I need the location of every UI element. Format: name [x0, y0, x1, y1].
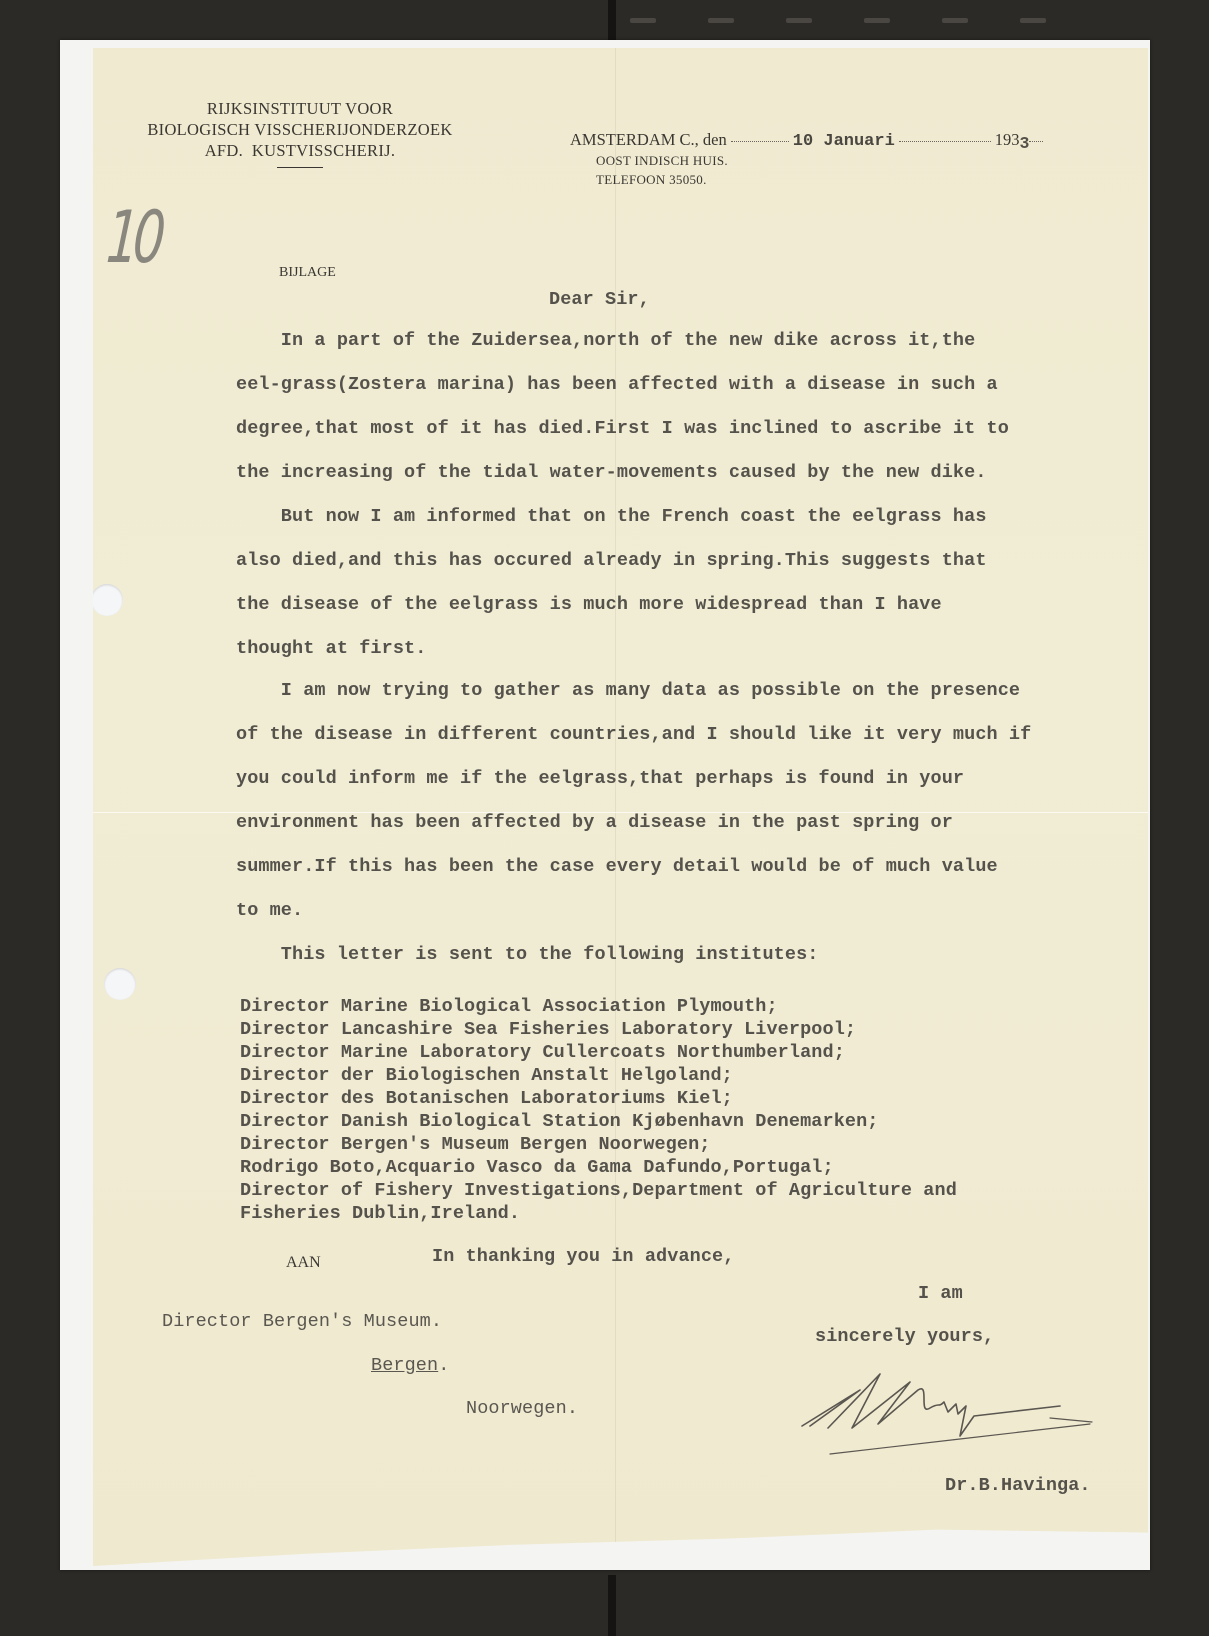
vertical-fold [615, 48, 616, 1566]
addressee-city: Bergen. [371, 1355, 449, 1376]
folder-crease-top [608, 0, 616, 44]
institute-item: Director Marine Biological Association P… [240, 996, 778, 1019]
institute-item: Fisheries Dublin,Ireland. [240, 1203, 520, 1226]
institute-item: Director Lancashire Sea Fisheries Labora… [240, 1019, 856, 1042]
signatory-name: Dr.B.Havinga. [945, 1475, 1091, 1496]
body-line: In a part of the Zuidersea,north of the … [236, 330, 975, 351]
body-line: summer.If this has been the case every d… [236, 856, 998, 877]
stitch [708, 18, 734, 23]
bijlage-label: BIJLAGE [279, 265, 336, 281]
punch-hole-top [91, 584, 123, 616]
closing-sincerely: sincerely yours, [815, 1326, 994, 1347]
institute-line: AFD. KUSTVISSCHERIJ. [120, 140, 480, 161]
closing-thanks: In thanking you in advance, [432, 1246, 734, 1267]
handwritten-signature [800, 1368, 1130, 1458]
letter-date: 10 Januari [793, 132, 895, 151]
stitch [864, 18, 890, 23]
salutation: Dear Sir, [549, 289, 650, 310]
year-prefix: 193 [995, 130, 1020, 149]
addressee-name: Director Bergen's Museum. [162, 1311, 442, 1332]
closing-i-am: I am [918, 1283, 963, 1304]
institute-item: Director Danish Biological Station Kjøbe… [240, 1111, 879, 1134]
date-line: AMSTERDAM C., den 10 Januari 1933 [570, 130, 1043, 151]
addressee-city-name: Bergen [371, 1355, 438, 1376]
dotted-leader [899, 140, 991, 142]
folder-crease-bottom [608, 1575, 616, 1636]
addressee-country: Noorwegen. [466, 1398, 578, 1419]
institute-item: Director of Fishery Investigations,Depar… [240, 1180, 957, 1203]
letterhead-institute: RIJKSINSTITUUT VOOR BIOLOGISCH VISSCHERI… [120, 98, 480, 168]
city-label: AMSTERDAM C., den [570, 130, 727, 150]
handwritten-page-number: 10 [104, 195, 163, 279]
body-line: environment has been affected by a disea… [236, 812, 953, 833]
body-line: to me. [236, 900, 303, 921]
letterhead-rule [277, 167, 323, 168]
address-line: OOST INDISCH HUIS. [596, 151, 1043, 170]
addressee-city-suffix: . [438, 1355, 449, 1376]
body-line: thought at first. [236, 638, 426, 659]
institute-line: RIJKSINSTITUUT VOOR [120, 98, 480, 119]
phone-line: TELEFOON 35050. [596, 170, 1043, 189]
body-line: This letter is sent to the following ins… [236, 944, 819, 965]
stitch [1020, 18, 1046, 23]
stitch [630, 18, 656, 23]
body-line: the increasing of the tidal water-moveme… [236, 462, 987, 483]
body-line: eel-grass(Zostera marina) has been affec… [236, 374, 998, 395]
institute-item: Director Marine Laboratory Cullercoats N… [240, 1042, 845, 1065]
institute-item: Director Bergen's Museum Bergen Noorwege… [240, 1134, 710, 1157]
punch-hole-bottom [104, 968, 136, 1000]
institute-item: Director der Biologischen Anstalt Helgol… [240, 1065, 733, 1088]
institute-item: Rodrigo Boto,Acquario Vasco da Gama Dafu… [240, 1157, 834, 1180]
letterhead-address: AMSTERDAM C., den 10 Januari 1933 OOST I… [570, 130, 1043, 189]
body-line: the disease of the eelgrass is much more… [236, 594, 942, 615]
aan-label: AAN [286, 1254, 321, 1272]
stitch [786, 18, 812, 23]
body-line: I am now trying to gather as many data a… [236, 680, 1020, 701]
body-line: degree,that most of it has died.First I … [236, 418, 1009, 439]
dotted-leader [731, 140, 789, 142]
body-line: also died,and this has occured already i… [236, 550, 987, 571]
body-line: But now I am informed that on the French… [236, 506, 987, 527]
year-digit: 3 [1020, 134, 1030, 153]
stitch [942, 18, 968, 23]
binding-stitches [630, 18, 1046, 23]
letter-year: 1933 [995, 130, 1030, 150]
body-line: of the disease in different countries,an… [236, 724, 1031, 745]
dotted-leader [1029, 140, 1043, 142]
institute-line: BIOLOGISCH VISSCHERIJONDERZOEK [120, 119, 480, 140]
institute-item: Director des Botanischen Laboratoriums K… [240, 1088, 733, 1111]
body-line: you could inform me if the eelgrass,that… [236, 768, 964, 789]
